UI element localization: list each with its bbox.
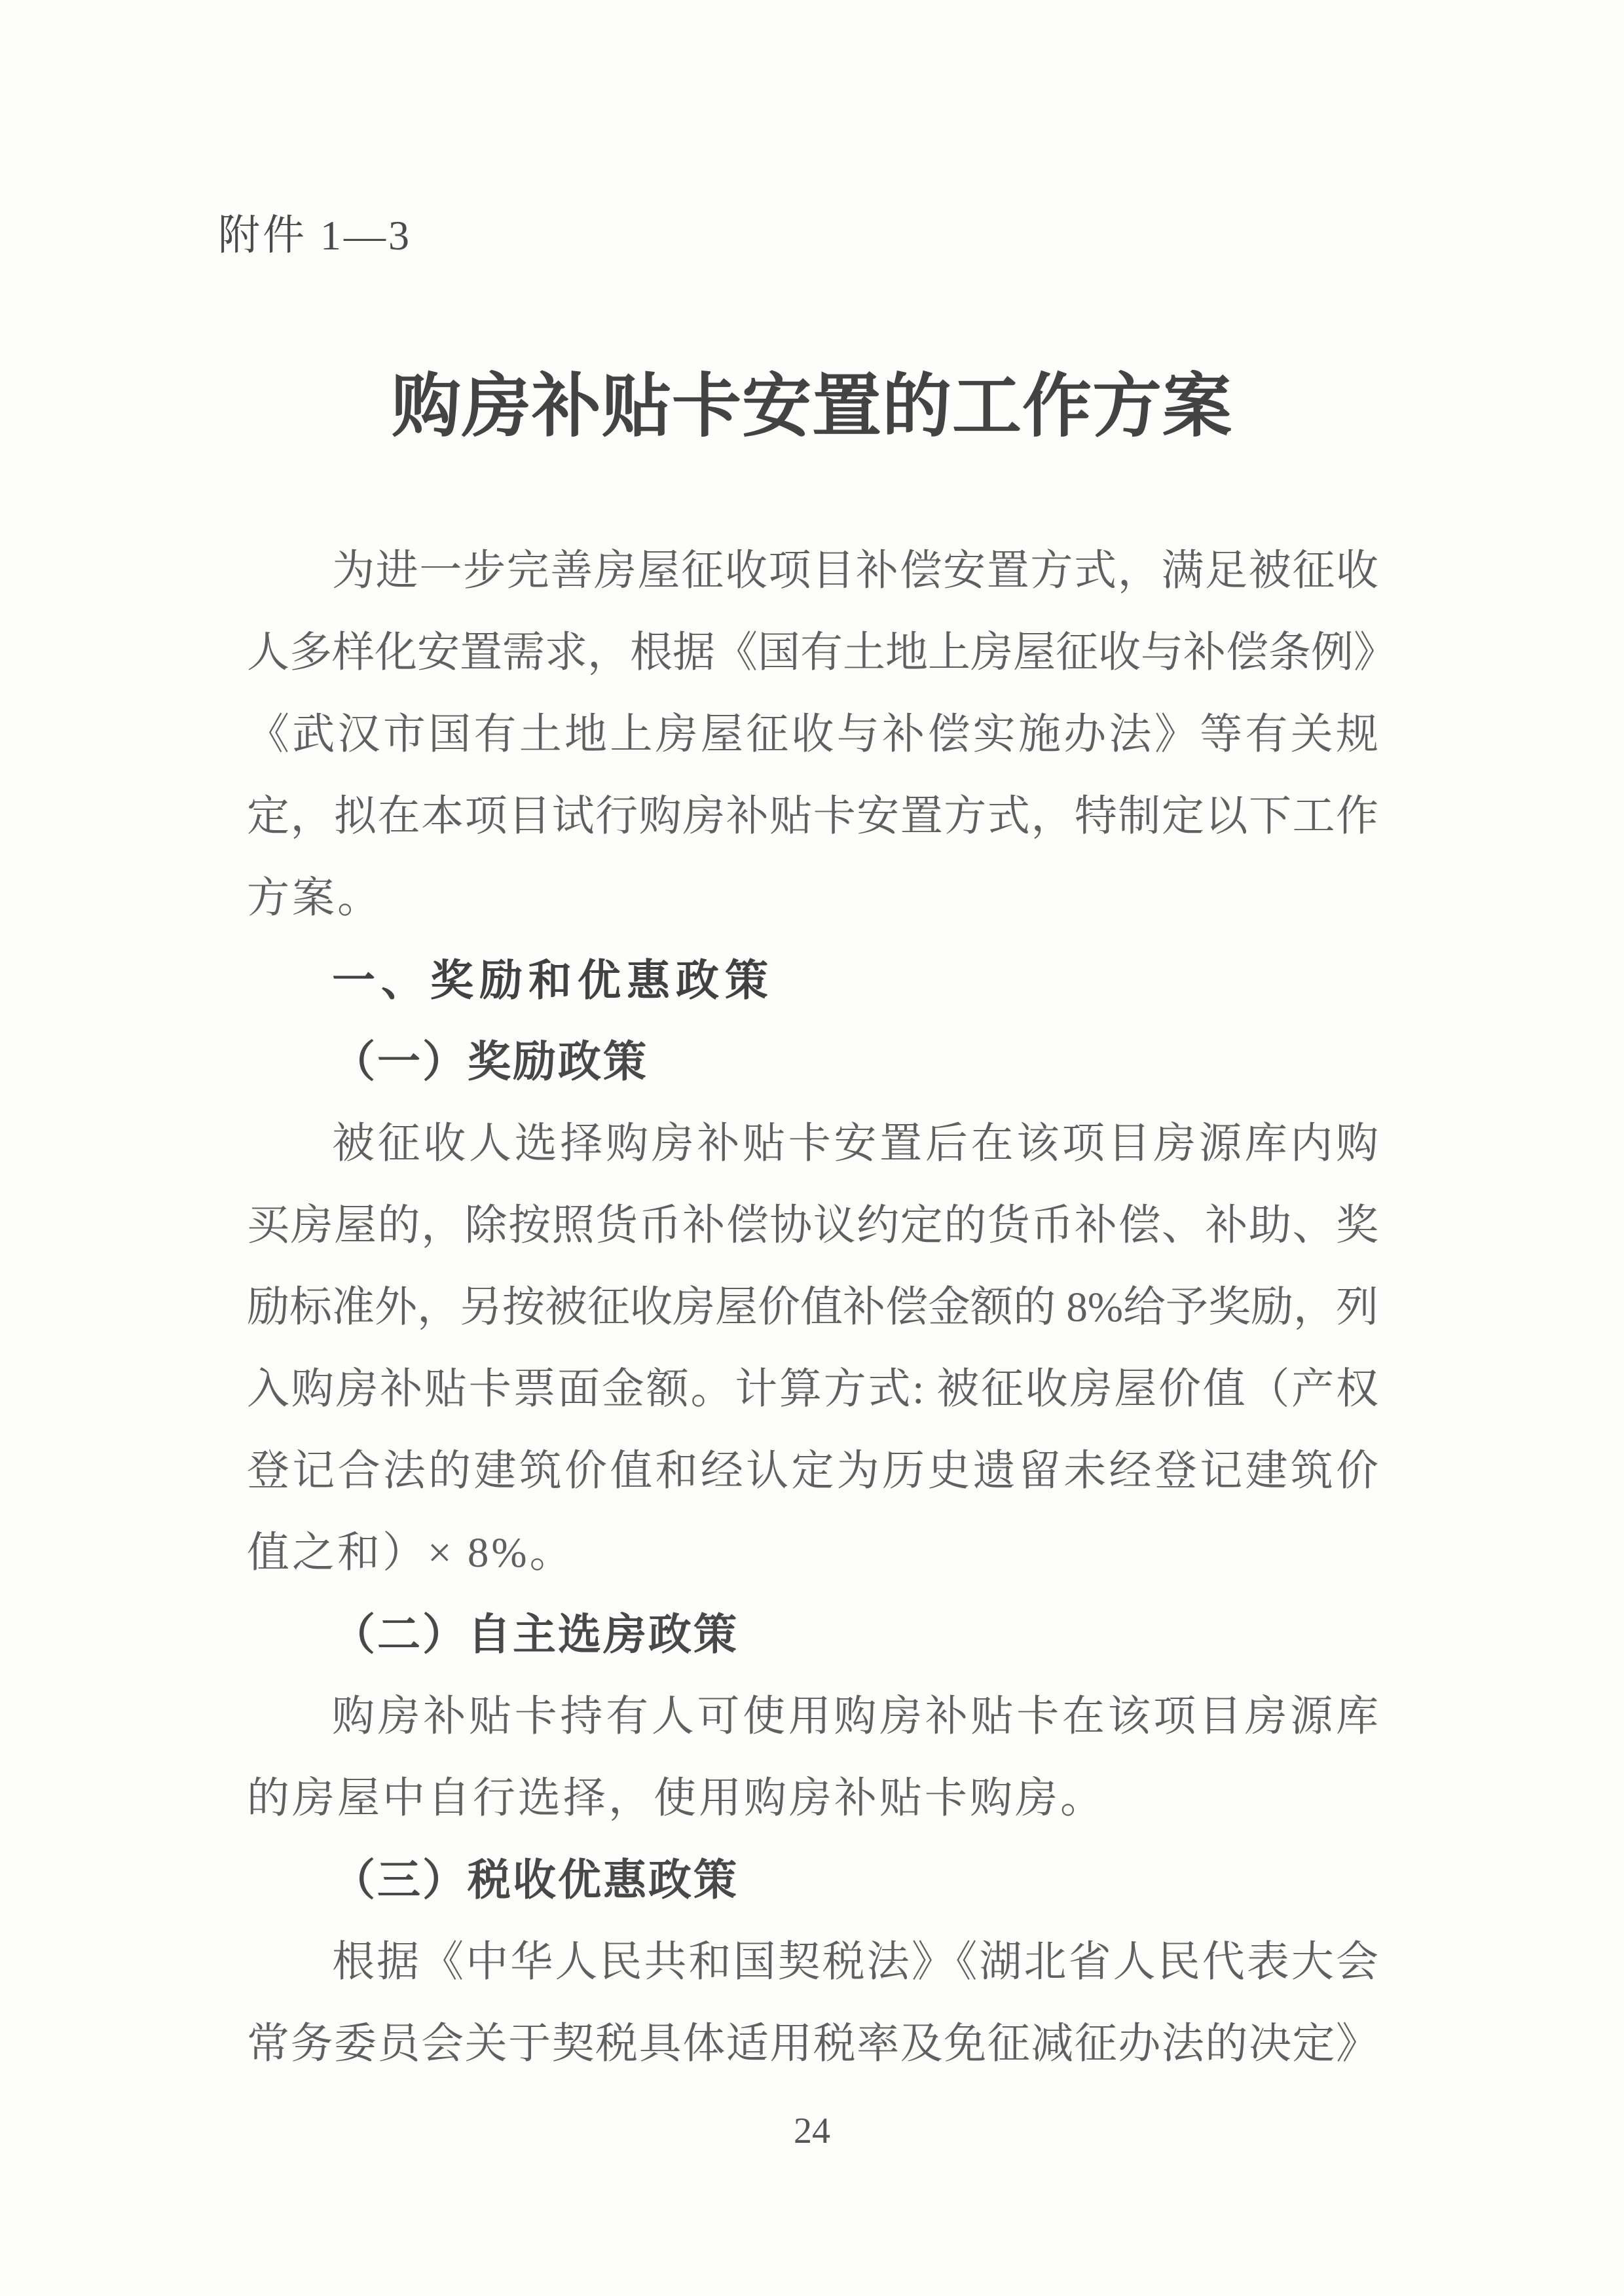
body-line: 为进一步完善房屋征收项目补偿安置方式，满足被征收	[247, 530, 1378, 612]
body-line: 人多样化安置需求，根据《国有土地上房屋征收与补偿条例》	[247, 612, 1378, 694]
body-line: 常务委员会关于契税具体适用税率及免征减征办法的决定》	[247, 2003, 1378, 2085]
body-line: 买房屋的，除按照货币补偿协议约定的货币补偿、补助、奖	[247, 1185, 1378, 1267]
body-line: 方案。	[247, 858, 1378, 939]
document-title: 购房补贴卡安置的工作方案	[0, 351, 1624, 450]
subsection-heading: （二）自主选房政策	[247, 1594, 1378, 1676]
body-line: 值之和）× 8%。	[247, 1512, 1378, 1594]
page-number: 24	[0, 2105, 1624, 2157]
body-line: 的房屋中自行选择，使用购房补贴卡购房。	[247, 1758, 1378, 1840]
subsection-heading: （三）税收优惠政策	[247, 1840, 1378, 1922]
document-page: 附件 1—3 购房补贴卡安置的工作方案 为进一步完善房屋征收项目补偿安置方式，满…	[0, 0, 1624, 2296]
body-line: 登记合法的建筑价值和经认定为历史遗留未经登记建筑价	[247, 1430, 1378, 1512]
body-line: 励标准外，另按被征收房屋价值补偿金额的 8%给予奖励，列	[247, 1267, 1378, 1349]
body-line: 入购房补贴卡票面金额。计算方式: 被征收房屋价值（产权	[247, 1349, 1378, 1430]
body-line: 《武汉市国有土地上房屋征收与补偿实施办法》等有关规	[247, 694, 1378, 776]
body-line: 被征收人选择购房补贴卡安置后在该项目房源库内购	[247, 1103, 1378, 1185]
body-line: 根据《中华人民共和国契税法》《湖北省人民代表大会	[247, 1922, 1378, 2003]
body-line: 定，拟在本项目试行购房补贴卡安置方式，特制定以下工作	[247, 776, 1378, 858]
section-heading: 一、奖励和优惠政策	[247, 939, 1378, 1021]
document-body: 为进一步完善房屋征收项目补偿安置方式，满足被征收 人多样化安置需求，根据《国有土…	[247, 530, 1378, 2085]
attachment-number: 附件 1—3	[218, 202, 412, 262]
body-line: 购房补贴卡持有人可使用购房补贴卡在该项目房源库	[247, 1676, 1378, 1758]
subsection-heading: （一）奖励政策	[247, 1021, 1378, 1103]
